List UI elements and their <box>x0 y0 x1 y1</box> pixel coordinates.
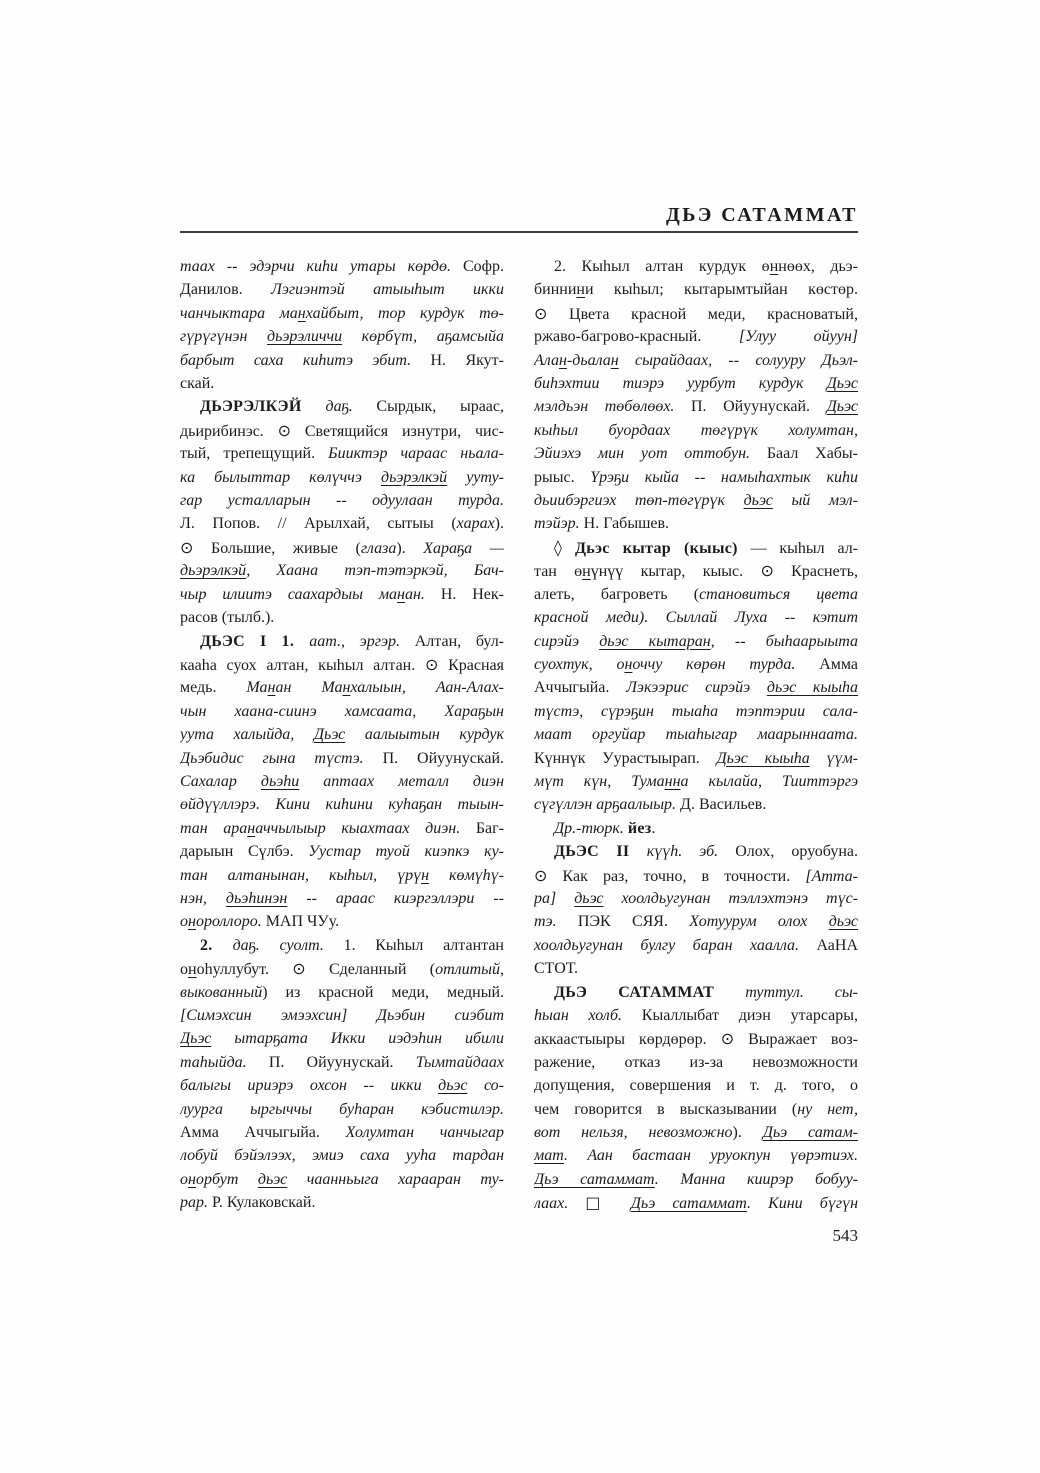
text-segment: и кыһыл; кытарымтыйан көстөр. <box>585 281 858 298</box>
text-segment: дьэс <box>829 913 858 930</box>
text-segment: Дьэс <box>180 1030 211 1047</box>
text-line: 2. Кыһыл алтан курдук өннөөх, дьэ- <box>534 255 858 278</box>
text-segment: Дьэс <box>827 375 858 392</box>
text-segment: рар. <box>180 1194 212 1211</box>
text-line: тэйэр. Н. Габышев. <box>534 512 858 535</box>
text-line: ⊙ Как раз, точно, в точности. [Атта- <box>534 864 858 887</box>
text-segment: отлитый, <box>435 961 504 978</box>
text-segment: П. Ойуунускай. <box>691 398 827 415</box>
text-line: Эйиэхэ мин уот оттобун. Баал Хабы- <box>534 442 858 465</box>
right-column: 2. Кыһыл алтан курдук өннөөх, дьэ-биннин… <box>534 255 858 1215</box>
text-segment: дьирибинэс. <box>180 423 278 440</box>
text-segment: ну нет, <box>797 1101 858 1118</box>
text-line: Алан-дьалан сырайдаах, -- солууру Дьэл- <box>534 349 858 372</box>
text-segment: н <box>188 1171 196 1188</box>
text-segment: скай. <box>180 375 214 392</box>
text-segment: Красная <box>438 657 504 674</box>
text-segment: ДЬЭРЭЛКЭЙ <box>200 398 326 415</box>
text-segment: балыгы ириэрэ охсон -- икки <box>180 1077 438 1094</box>
dictionary-page: ДЬЭ САТАММАТ таах -- эдэрчи киһи утары к… <box>0 0 1040 1473</box>
text-line: дьирибинэс. ⊙ Светящийся изнутри, чис- <box>180 419 504 442</box>
text-segment: становиться цвета <box>699 586 858 603</box>
text-line: һыан холб. Кыаллыбат диэн утарсары, <box>534 1004 858 1027</box>
text-segment: орбут <box>196 1171 258 1188</box>
text-segment: тэ. <box>534 913 578 930</box>
text-line: чыр илиитэ саахардыы манан. Н. Нек- <box>180 583 504 606</box>
text-segment: Амма Аччыгыйа. <box>180 1124 346 1141</box>
text-segment: н <box>582 563 591 580</box>
text-segment: хайбыт, тор курдук тө- <box>306 305 504 322</box>
text-segment: нэн, <box>180 890 226 907</box>
text-segment: аччылыыр кыахтаах диэн. <box>255 820 476 837</box>
text-segment: Светящийся изнутри, чис- <box>291 423 504 440</box>
text-segment: Сахалар <box>180 773 261 790</box>
text-line: ДЬЭС II күүһ. эб. Олох, оруобуна. <box>534 840 858 863</box>
text-segment: Данилов. <box>180 281 271 298</box>
text-segment: ороллоро. <box>196 913 266 930</box>
text-line: ⊙ Цвета красной меди, красноватый, <box>534 302 858 325</box>
text-line: ржаво-багрово-красный. [Улуу ойуун] <box>534 325 858 348</box>
text-line: рыыс. Үрэҕи кыйа -- намыһахтык киһи <box>534 466 858 489</box>
text-segment: нн <box>665 773 681 790</box>
text-segment: дьэһи <box>261 773 299 790</box>
text-segment: тан ара <box>180 820 247 837</box>
text-segment: кыһыл буордаах төгүрүк холумтан, <box>534 422 858 439</box>
text-segment: сирэйэ <box>534 633 599 650</box>
text-segment: лаах. <box>534 1195 585 1212</box>
text-segment: Дьэс кытар (кыыс) <box>562 540 738 557</box>
text-segment: түстэ, сүрэҕин тыаһа тэптэрии сала- <box>534 703 858 720</box>
text-segment: н <box>188 913 196 930</box>
text-segment: чыр илиитэ саахардыы ма <box>180 586 397 603</box>
text-line: расов (тылб.). <box>180 606 504 629</box>
text-line: Л. Попов. // Арылхай, сытыы (харах). <box>180 512 504 535</box>
text-line: өйдүүллэрэ. Кини киһини куһаҕан тыын- <box>180 793 504 816</box>
text-segment: Дьэ сатаммат <box>534 1171 655 1188</box>
circled-dot-marker-icon: ⊙ <box>425 655 438 674</box>
text-segment: н <box>559 352 567 369</box>
text-segment: көрбүт, аҕамсыйа <box>342 328 504 345</box>
text-segment: [Симэхсин эмээхсин] Дьэбин сиэбит <box>180 1007 504 1024</box>
text-segment: Д. Васильев. <box>680 796 766 813</box>
text-segment: Цвета красной меди, красноватый, <box>547 306 858 323</box>
text-segment: Н. Якут- <box>430 352 504 369</box>
text-segment: Уустар туой киэпкэ ку- <box>308 843 504 860</box>
text-line: алеть, багроветь (становиться цвета <box>534 583 858 606</box>
text-line: уута халыйда, Дьэс аалыытын курдук <box>180 723 504 746</box>
circled-dot-marker-icon: ⊙ <box>760 561 773 580</box>
text-line: оноһуллубут. ⊙ Сделанный (отлитый, <box>180 957 504 980</box>
text-line: түстэ, сүрэҕин тыаһа тэптэрии сала- <box>534 700 858 723</box>
left-column: таах -- эдэрчи киһи утары көрдө. Софр.Да… <box>180 255 504 1215</box>
text-segment: МАП ЧУу. <box>266 913 339 930</box>
text-segment: Софр. <box>463 258 504 275</box>
text-line: нэн, дьэһинэн -- араас киэргэллэри -- <box>180 887 504 910</box>
text-segment: ) из красной меди, медный. <box>262 984 504 1001</box>
text-segment: -- араас киэргэллэри -- <box>287 890 504 907</box>
text-line: дьиибэргиэх төп-төгүрүк дьэс ый мэл- <box>534 489 858 512</box>
text-line: луурга ыргыччы буһаран кэбистилэр. <box>180 1098 504 1121</box>
text-segment: СТОТ. <box>534 960 578 977</box>
text-segment: чанчыктара ма <box>180 305 298 322</box>
text-segment <box>614 1195 631 1212</box>
text-segment: . Манна киирэр бобуу- <box>655 1171 858 1188</box>
text-segment: суохтук, о <box>534 656 624 673</box>
text-segment: . <box>651 820 655 837</box>
text-segment: Алтан, бул- <box>415 633 504 650</box>
text-segment: мүт күн, Тума <box>534 773 665 790</box>
text-line: Дьэбидис гына түстэ. П. Ойуунускай. <box>180 747 504 770</box>
text-segment: һыан холб. <box>534 1007 642 1024</box>
text-segment: харах <box>457 515 495 532</box>
text-segment: ПЭК СЯЯ. <box>578 913 689 930</box>
text-segment: ан Ма <box>275 679 342 696</box>
text-line: аккаастыыры көрдөрөр. ⊙ Выражает воз- <box>534 1027 858 1050</box>
text-segment: . Кини бүгүн <box>747 1195 858 1212</box>
text-segment: Кыаллыбат диэн утарсары, <box>642 1007 858 1024</box>
text-segment: ражение, отказ из-за невозможности <box>534 1054 858 1071</box>
text-segment: ДЬЭ САТАММАТ <box>554 984 745 1001</box>
text-segment: аккаастыыры көрдөрөр. <box>534 1031 721 1048</box>
text-segment: Дьэбидис гына түстэ. <box>180 750 383 767</box>
text-segment: Н. Габышев. <box>584 515 669 532</box>
text-line: ◊ Дьэс кытар (кыыс) — кыһыл ал- <box>534 536 858 559</box>
text-segment: Аччыгыйа. <box>534 679 626 696</box>
text-segment: өйдүүллэрэ. Кини киһини куһаҕан тыын- <box>180 796 504 813</box>
text-segment: дьэрэличчи <box>267 328 342 345</box>
text-segment: тан алтанынан, кыһыл, үрү <box>180 867 421 884</box>
text-line: дьэрэлкэй, Хаана тэп-тэтэркэй, Бач- <box>180 559 504 582</box>
text-segment: П. Ойуунускай. <box>383 750 504 767</box>
text-line: Күннүк Уурастыырап. Дьэс кыыһа үүм- <box>534 747 858 770</box>
text-line: рар. Р. Кулаковскай. <box>180 1191 504 1214</box>
text-segment: ууту- <box>447 469 504 486</box>
text-line: Дьэс ытарҕата Икки иэдэһин ибили <box>180 1027 504 1050</box>
circled-dot-marker-icon: ⊙ <box>278 421 291 440</box>
text-segment: Бииктэр чараас ньала- <box>328 445 504 462</box>
text-segment: Др.-тюрк. <box>554 820 628 837</box>
text-segment: алеть, багроветь ( <box>534 586 699 603</box>
text-segment: Как раз, точно, в точности. <box>547 868 805 885</box>
text-line: таһыйда. П. Ойуунускай. Тымтайдаах <box>180 1051 504 1074</box>
text-segment: дьэс кытаран <box>599 633 711 650</box>
text-segment: Холумтан чанчыгар <box>346 1124 504 1141</box>
text-segment: ржаво-багрово-красный. <box>534 328 739 345</box>
text-segment: н <box>247 820 255 837</box>
text-segment: Күннүк Уурастыырап. <box>534 750 716 767</box>
text-line: хоолдьугунан булгу баран хаалла. АаНА <box>534 934 858 957</box>
text-line: чем говорится в высказывании (ну нет, <box>534 1098 858 1121</box>
text-segment: бинни <box>534 281 576 298</box>
text-segment: аптаах металл диэн <box>299 773 504 790</box>
text-line: биннини кыһыл; кытарымтыйан көстөр. <box>534 278 858 301</box>
text-segment: , -- быһаарыыта <box>711 633 858 650</box>
circled-dot-marker-icon: ⊙ <box>534 866 547 885</box>
text-segment: Л. Попов. // Арылхай, сытыы ( <box>180 515 457 532</box>
text-segment: тан ө <box>534 563 582 580</box>
text-segment: — кыһыл ал- <box>738 540 858 557</box>
text-segment: Олох, оруобуна. <box>735 843 858 860</box>
text-segment: Баал Хабы- <box>767 445 858 462</box>
text-segment: Дьэ сатаммат <box>631 1195 747 1212</box>
text-line: ДЬЭС I 1. аат., эргэр. Алтан, бул- <box>180 630 504 653</box>
text-segment: тый, трепещущий. <box>180 445 328 462</box>
text-segment: туттул. сы- <box>745 984 858 1001</box>
text-line: медь. Манан Манхалыын, Аан-Алах- <box>180 676 504 699</box>
text-segment: хоолдьугунан булгу баран хаалла. <box>534 937 816 954</box>
text-line: кыһыл буордаах төгүрүк холумтан, <box>534 419 858 442</box>
text-segment: дьэс кыыһа <box>767 679 858 696</box>
text-segment: красной меди). Сыллай Луха -- кэтит <box>534 609 858 626</box>
text-segment: со- <box>467 1077 504 1094</box>
text-line: Сахалар дьэһи аптаах металл диэн <box>180 770 504 793</box>
text-segment: Большие, живые ( <box>193 540 360 557</box>
text-segment: 1. Кыһыл алтантан <box>344 937 504 954</box>
text-line: гар усталларын -- одуулаан турда. <box>180 489 504 512</box>
text-segment: Дьэ сатам- <box>763 1124 858 1141</box>
text-line: [Симэхсин эмээхсин] Дьэбин сиэбит <box>180 1004 504 1027</box>
text-segment: н <box>397 586 405 603</box>
text-segment: о <box>180 913 188 930</box>
text-segment: оһуллубут. <box>197 961 293 978</box>
text-line: мүт күн, Туманна кылайа, Тииттэргэ <box>534 770 858 793</box>
text-segment: ). <box>733 1124 763 1141</box>
text-segment: көмүһү- <box>429 867 504 884</box>
text-line: ка былыттар көлүччэ дьэрэлкэй ууту- <box>180 466 504 489</box>
text-segment: үүм- <box>810 750 858 767</box>
text-segment: допущения, совершения и т. д. того, о <box>534 1077 858 1094</box>
text-segment: дьэс <box>574 890 603 907</box>
text-segment: гүрүгүнэн <box>180 328 267 345</box>
text-line: лаах. □ Дьэ сатаммат. Кини бүгүн <box>534 1191 858 1214</box>
text-segment: дьиибэргиэх төп-төгүрүк <box>534 492 744 509</box>
text-segment: ). <box>495 515 504 532</box>
text-line: СТОТ. <box>534 957 858 980</box>
text-segment: чем говорится в высказывании ( <box>534 1101 797 1118</box>
text-segment: таһыйда. <box>180 1054 269 1071</box>
text-segment: 2. Кыһыл алтан курдук ө <box>554 258 770 275</box>
text-segment: вот нельзя, невозможно <box>534 1124 733 1141</box>
text-segment: Эйиэхэ мин уот оттобун. <box>534 445 767 462</box>
text-segment: н <box>611 352 619 369</box>
text-line: ражение, отказ из-за невозможности <box>534 1051 858 1074</box>
text-segment: ДЬЭС I 1. <box>200 633 309 650</box>
text-line: 2. даҕ. суолт. 1. Кыһыл алтантан <box>180 934 504 957</box>
text-segment: Үрэҕи кыйа -- намыһахтык киһи <box>590 469 858 486</box>
text-segment: нөөх, дьэ- <box>778 258 858 275</box>
text-segment: ый мэл- <box>773 492 858 509</box>
text-line: Дьэ сатаммат. Манна киирэр бобуу- <box>534 1168 858 1191</box>
text-segment: ра] <box>534 890 574 907</box>
text-segment: аалыытын курдук <box>345 726 504 743</box>
text-segment: Лэгиэнтэй атыыһыт икки <box>271 281 504 298</box>
text-segment: чын хаана-сиинэ хамсаата, Хараҕын <box>180 703 504 720</box>
text-line: выкованный) из красной меди, медный. <box>180 981 504 1004</box>
text-segment: [Улуу ойуун] <box>739 328 858 345</box>
text-segment: Краснеть, <box>774 563 858 580</box>
text-segment: дьэрэлкэй <box>381 469 447 486</box>
text-line: Амма Аччыгыйа. Холумтан чанчыгар <box>180 1121 504 1144</box>
text-line: скай. <box>180 372 504 395</box>
text-line: ДЬЭРЭЛКЭЙ даҕ. Сырдык, ыраас, <box>180 395 504 418</box>
circled-dot-marker-icon: ⊙ <box>292 959 305 978</box>
text-segment: оччу көрөн турда. <box>632 656 819 673</box>
text-segment: дьэрэлкэй <box>180 562 246 579</box>
text-segment: Сырдык, ыраас, <box>376 398 504 415</box>
text-segment: Ма <box>246 679 267 696</box>
text-line: таах -- эдэрчи киһи утары көрдө. Софр. <box>180 255 504 278</box>
text-line: тан алтанынан, кыһыл, үрүн көмүһү- <box>180 864 504 887</box>
circled-dot-marker-icon: ⊙ <box>721 1029 734 1048</box>
text-segment: Дьэс <box>314 726 345 743</box>
text-segment: халыын, Аан-Алах- <box>350 679 504 696</box>
text-segment: АаНА <box>816 937 858 954</box>
text-segment: Тымтайдаах <box>416 1054 504 1071</box>
text-segment: н <box>298 305 306 322</box>
text-segment: гар усталларын -- одуулаан турда. <box>180 492 504 509</box>
text-line: биһэхтии тиэрэ уурбут курдук Дьэс <box>534 372 858 395</box>
text-segment: н <box>421 867 429 884</box>
page-number: 543 <box>180 1226 858 1250</box>
text-line: Др.-тюрк. йез. <box>534 817 858 840</box>
text-segment: глаза <box>361 540 396 557</box>
text-segment: дарыын Сүлбэ. <box>180 843 308 860</box>
text-segment: Баг- <box>476 820 504 837</box>
text-segment: Лэкээрис сирэйэ <box>626 679 767 696</box>
text-line: лобуй бэйэлээх, эмиэ саха ууһа тардан <box>180 1144 504 1167</box>
text-segment: расов (тылб.). <box>180 609 274 626</box>
text-segment: тэйэр. <box>534 515 584 532</box>
text-segment: ытарҕата Икки иэдэһин ибили <box>211 1030 504 1047</box>
text-line: Аччыгыйа. Лэкээрис сирэйэ дьэс кыыһа <box>534 676 858 699</box>
text-line: тэ. ПЭК СЯЯ. Хотуурум олох дьэс <box>534 910 858 933</box>
text-segment: ДЬЭС II <box>554 843 647 860</box>
text-segment: о <box>180 1171 188 1188</box>
text-segment: барбыт саха киһитэ эбит. <box>180 352 430 369</box>
circled-dot-marker-icon: ⊙ <box>534 304 547 323</box>
text-segment: үнүү кытар, кыыс. <box>591 563 761 580</box>
text-segment: , Хаана тэп-тэтэркэй, Бач- <box>246 562 504 579</box>
text-segment: . Аан бастаан уруокпун үөрэтиэх. <box>564 1147 858 1164</box>
text-segment: 2. <box>200 937 233 954</box>
text-line: дарыын Сүлбэ. Уустар туой киэпкэ ку- <box>180 840 504 863</box>
text-line: сирэйэ дьэс кытаран, -- быһаарыыта <box>534 630 858 653</box>
text-segment: мат <box>534 1147 564 1164</box>
text-segment: кааһа суох алтан, кыһыл алтан. <box>180 657 425 674</box>
text-segment: н <box>188 961 197 978</box>
header-rule <box>180 231 858 233</box>
text-segment: о <box>180 961 188 978</box>
text-line: чанчыктара манхайбыт, тор курдук тө- <box>180 302 504 325</box>
text-segment: рыыс. <box>534 469 590 486</box>
text-segment: йез <box>628 820 652 837</box>
text-segment: Хотуурум олох <box>689 913 828 930</box>
text-segment: аат., эргэр. <box>309 633 415 650</box>
lozenge-marker-icon: ◊ <box>554 538 562 557</box>
text-line: барбыт саха киһитэ эбит. Н. Якут- <box>180 349 504 372</box>
text-segment: дьэһинэн <box>226 890 287 907</box>
text-segment: -дьала <box>567 352 611 369</box>
text-segment: Сделанный ( <box>306 961 435 978</box>
text-line: сүгүллэн арҕаалыыр. Д. Васильев. <box>534 793 858 816</box>
text-line: Данилов. Лэгиэнтэй атыыһыт икки <box>180 278 504 301</box>
text-line: кааһа суох алтан, кыһыл алтан. ⊙ Красная <box>180 653 504 676</box>
text-line: допущения, совершения и т. д. того, о <box>534 1074 858 1097</box>
text-line: мат. Аан бастаан уруокпун үөрэтиэх. <box>534 1144 858 1167</box>
text-line: ДЬЭ САТАММАТ туттул. сы- <box>534 981 858 1004</box>
text-line: балыгы ириэрэ охсон -- икки дьэс со- <box>180 1074 504 1097</box>
text-line: онороллоро. МАП ЧУу. <box>180 910 504 933</box>
text-segment: ка былыттар көлүччэ <box>180 469 381 486</box>
text-segment: дьэс <box>744 492 773 509</box>
text-line: маат оргуйар тыаһыгар маарыннаата. <box>534 723 858 746</box>
text-line: гүрүгүнэн дьэрэличчи көрбүт, аҕамсыйа <box>180 325 504 348</box>
text-segment: уута халыйда, <box>180 726 314 743</box>
text-segment: таах -- эдэрчи киһи утары көрдө. <box>180 258 463 275</box>
text-segment: н <box>770 258 779 275</box>
text-line: ⊙ Большие, живые (глаза). Хараҕа — <box>180 536 504 559</box>
text-segment: Хараҕа — <box>423 540 504 557</box>
text-segment: дьэс <box>258 1171 287 1188</box>
text-segment: выкованный <box>180 984 262 1001</box>
text-line: чын хаана-сиинэ хамсаата, Хараҕын <box>180 700 504 723</box>
text-segment: Р. Кулаковскай. <box>212 1194 315 1211</box>
text-segment: күүһ. эб. <box>647 843 735 860</box>
text-segment: сырайдаах, -- солууру Дьэл- <box>619 352 858 369</box>
text-segment: Выражает воз- <box>734 1031 858 1048</box>
text-segment: Дьэс <box>827 398 858 415</box>
text-line: тый, трепещущий. Бииктэр чараас ньала- <box>180 442 504 465</box>
text-segment: даҕ. <box>326 398 377 415</box>
text-line: тан араначчылыыр кыахтаах диэн. Баг- <box>180 817 504 840</box>
text-segment: а кылайа, Тииттэргэ <box>681 773 858 790</box>
circled-dot-marker-icon: ⊙ <box>180 538 193 557</box>
text-segment: сүгүллэн арҕаалыыр. <box>534 796 680 813</box>
running-head: ДЬЭ САТАММАТ <box>180 204 858 230</box>
text-segment: маат оргуйар тыаһыгар маарыннаата. <box>534 726 858 743</box>
text-segment: П. Ойуунускай. <box>269 1054 416 1071</box>
text-line: вот нельзя, невозможно). Дьэ сатам- <box>534 1121 858 1144</box>
text-line: онорбут дьэс чаанньыга харааран ту- <box>180 1168 504 1191</box>
text-segment: даҕ. суолт. <box>233 937 344 954</box>
text-line: тан өнүнүү кытар, кыыс. ⊙ Краснеть, <box>534 559 858 582</box>
text-segment: [Атта- <box>805 868 858 885</box>
text-segment: Дьэс кыыһа <box>716 750 809 767</box>
text-segment: биһэхтии тиэрэ уурбут курдук <box>534 375 827 392</box>
text-segment: дьэс <box>438 1077 467 1094</box>
text-segment: ан. <box>405 586 441 603</box>
text-segment: лобуй бэйэлээх, эмиэ саха ууһа тардан <box>180 1147 504 1164</box>
text-line: ра] дьэс хоолдьугунан тэллэхтэнэ түс- <box>534 887 858 910</box>
text-segment: Н. Нек- <box>441 586 504 603</box>
text-segment: мэлдьэн төбөлөөх. <box>534 398 691 415</box>
square-marker-icon: □ <box>585 1193 613 1212</box>
text-segment: луурга ыргыччы буһаран кэбистилэр. <box>180 1101 504 1118</box>
text-segment: чаанньыга харааран ту- <box>287 1171 504 1188</box>
text-segment: ). <box>396 540 423 557</box>
text-line: мэлдьэн төбөлөөх. П. Ойуунускай. Дьэс <box>534 395 858 418</box>
text-line: суохтук, оноччу көрөн турда. Амма <box>534 653 858 676</box>
text-segment: Амма <box>819 656 858 673</box>
text-segment: н <box>576 281 585 298</box>
text-line: красной меди). Сыллай Луха -- кэтит <box>534 606 858 629</box>
text-segment: хоолдьугунан тэллэхтэнэ түс- <box>604 890 858 907</box>
text-segment: медь. <box>180 679 246 696</box>
text-segment: Ала <box>534 352 559 369</box>
